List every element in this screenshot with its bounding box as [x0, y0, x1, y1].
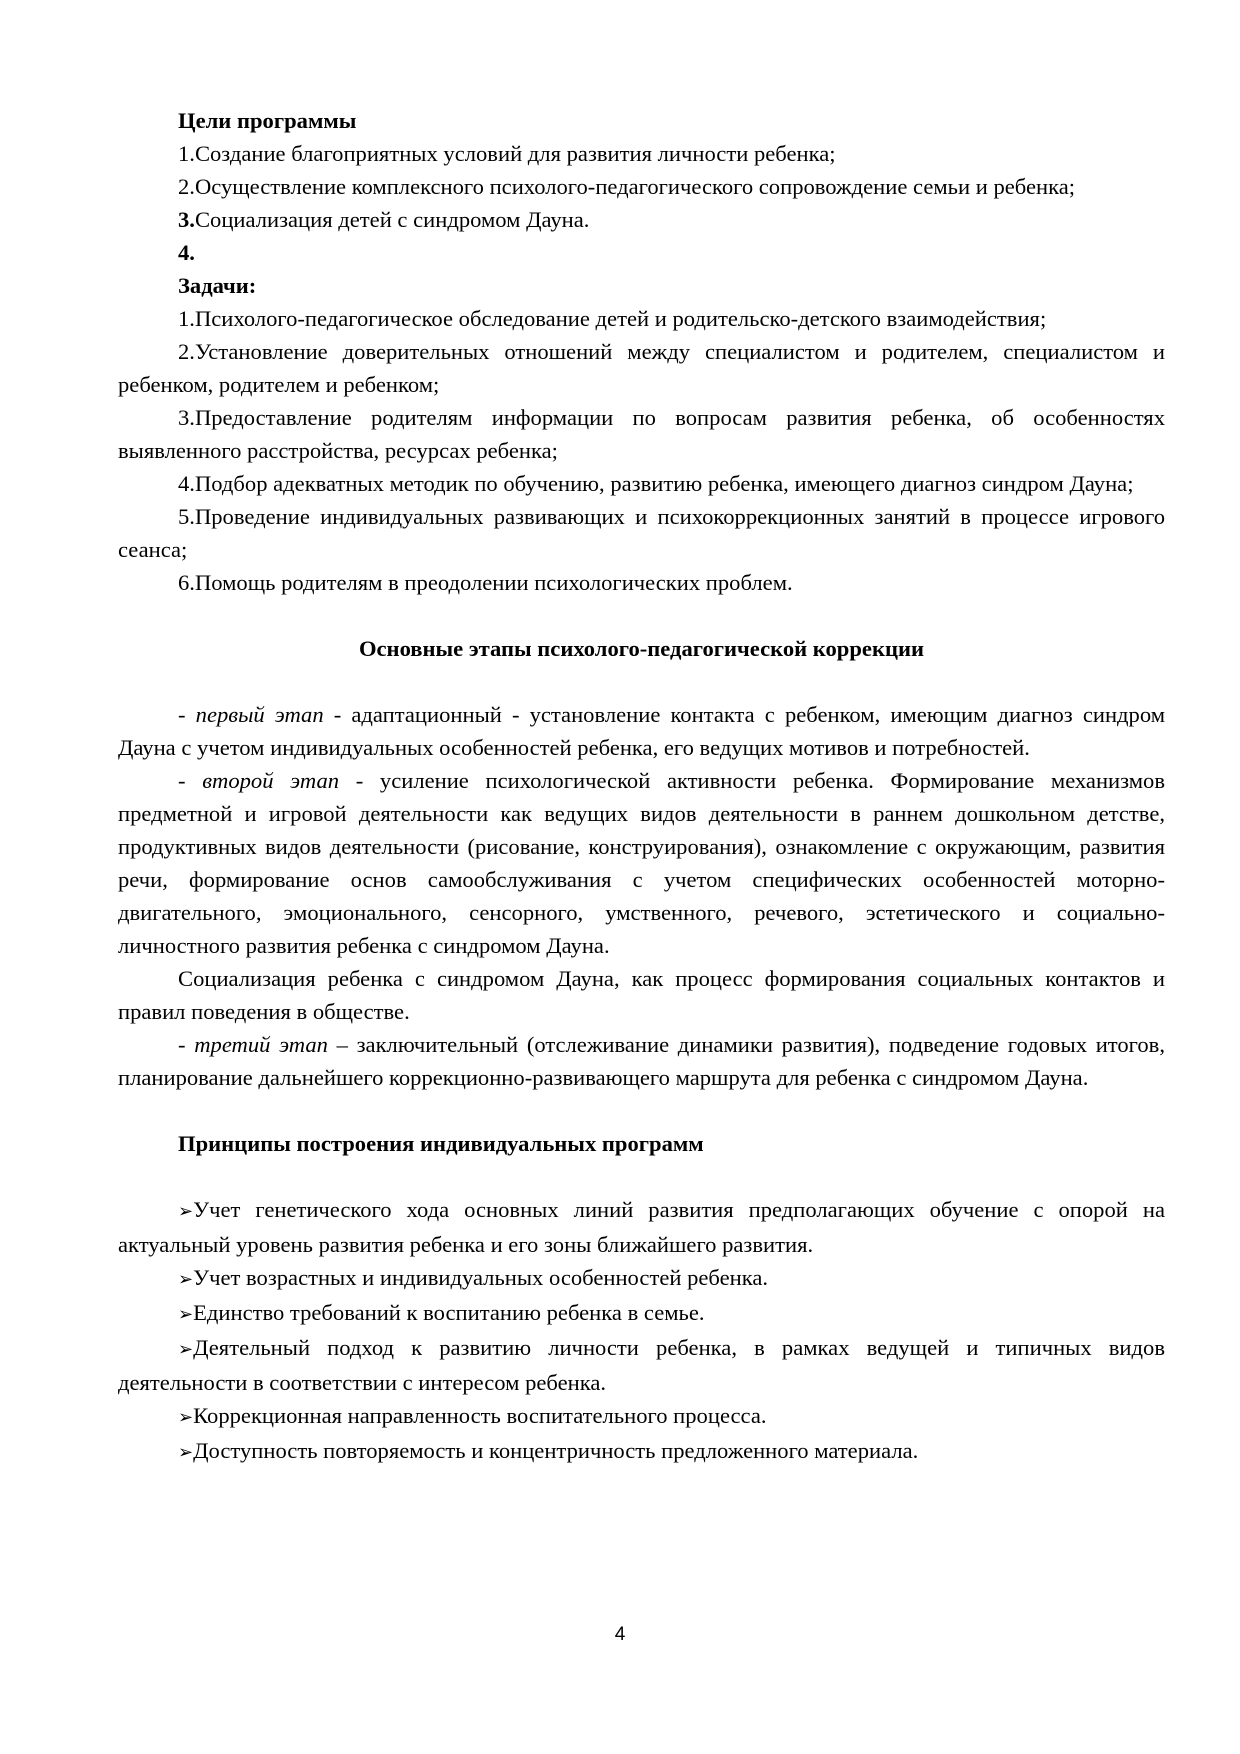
stage-paragraph: - первый этап - адаптационный - установл… — [118, 698, 1165, 764]
tasks-heading: Задачи: — [118, 269, 1165, 302]
principle-text: Учет генетического хода основных линий р… — [118, 1197, 1165, 1257]
principle-text: Деятельный подход к развитию личности ре… — [118, 1335, 1165, 1395]
goal-item: 1.Создание благоприятных условий для раз… — [118, 137, 1165, 170]
stage-name: первый этап — [196, 702, 324, 727]
spacer — [118, 1160, 1165, 1193]
task-item: 2.Установление доверительных отношений м… — [118, 335, 1165, 401]
stage-dash: - — [178, 1032, 194, 1057]
principle-text: Единство требований к воспитанию ребенка… — [193, 1300, 704, 1325]
stage-name: второй этап — [202, 768, 339, 793]
task-item: 5.Проведение индивидуальных развивающих … — [118, 500, 1165, 566]
goals-section: Цели программы 1.Создание благоприятных … — [118, 104, 1165, 269]
page-number: 4 — [0, 1623, 1240, 1647]
arrow-bullet-icon: ➢ — [178, 1442, 193, 1463]
stage-dash: - — [178, 702, 196, 727]
principles-section: Принципы построения индивидуальных прогр… — [118, 1127, 1165, 1469]
document-page: Цели программы 1.Создание благоприятных … — [0, 0, 1240, 1754]
goals-heading: Цели программы — [118, 104, 1165, 137]
goal-number: 3. — [178, 207, 195, 232]
goal-item: 3.Социализация детей с синдромом Дауна. — [118, 203, 1165, 236]
stage-text: - усиление психологической активности ре… — [118, 768, 1165, 958]
tasks-section: Задачи: 1.Психолого-педагогическое обсле… — [118, 269, 1165, 599]
page-content: Цели программы 1.Создание благоприятных … — [118, 104, 1165, 1469]
goal-item: 2.Осуществление комплексного психолого-п… — [118, 170, 1165, 203]
arrow-bullet-icon: ➢ — [178, 1339, 193, 1360]
principle-item: ➢Коррекционная направленность воспитател… — [118, 1399, 1165, 1434]
spacer — [118, 599, 1165, 632]
task-item: 4.Подбор адекватных методик по обучению,… — [118, 467, 1165, 500]
stage-name: третий этап — [194, 1032, 328, 1057]
stage-dash: - — [178, 768, 202, 793]
task-item: 6.Помощь родителям в преодолении психоло… — [118, 566, 1165, 599]
arrow-bullet-icon: ➢ — [178, 1407, 193, 1428]
stage-paragraph: - третий этап – заключительный (отслежив… — [118, 1028, 1165, 1094]
principle-item: ➢Доступность повторяемость и концентричн… — [118, 1434, 1165, 1469]
goal-item-empty: 4. — [118, 236, 1165, 269]
stages-section: Основные этапы психолого-педагогической … — [118, 632, 1165, 1094]
principle-text: Учет возрастных и индивидуальных особенн… — [193, 1265, 768, 1290]
task-item: 3.Предоставление родителям информации по… — [118, 401, 1165, 467]
socialization-paragraph: Социализация ребенка с синдромом Дауна, … — [118, 962, 1165, 1028]
principles-heading: Принципы построения индивидуальных прогр… — [118, 1127, 1165, 1160]
principle-item: ➢Единство требований к воспитанию ребенк… — [118, 1296, 1165, 1331]
arrow-bullet-icon: ➢ — [178, 1304, 193, 1325]
goal-text: Социализация детей с синдромом Дауна. — [195, 207, 590, 232]
task-item: 1.Психолого-педагогическое обследование … — [118, 302, 1165, 335]
principle-item: ➢Деятельный подход к развитию личности р… — [118, 1331, 1165, 1399]
stage-paragraph: - второй этап - усиление психологической… — [118, 764, 1165, 962]
principle-item: ➢Учет возрастных и индивидуальных особен… — [118, 1261, 1165, 1296]
principle-item: ➢Учет генетического хода основных линий … — [118, 1193, 1165, 1261]
principle-text: Доступность повторяемость и концентрично… — [193, 1438, 918, 1463]
spacer — [118, 1094, 1165, 1127]
stages-heading: Основные этапы психолого-педагогической … — [118, 632, 1165, 665]
arrow-bullet-icon: ➢ — [178, 1269, 193, 1290]
spacer — [118, 665, 1165, 698]
arrow-bullet-icon: ➢ — [178, 1201, 193, 1222]
principle-text: Коррекционная направленность воспитатель… — [193, 1403, 766, 1428]
